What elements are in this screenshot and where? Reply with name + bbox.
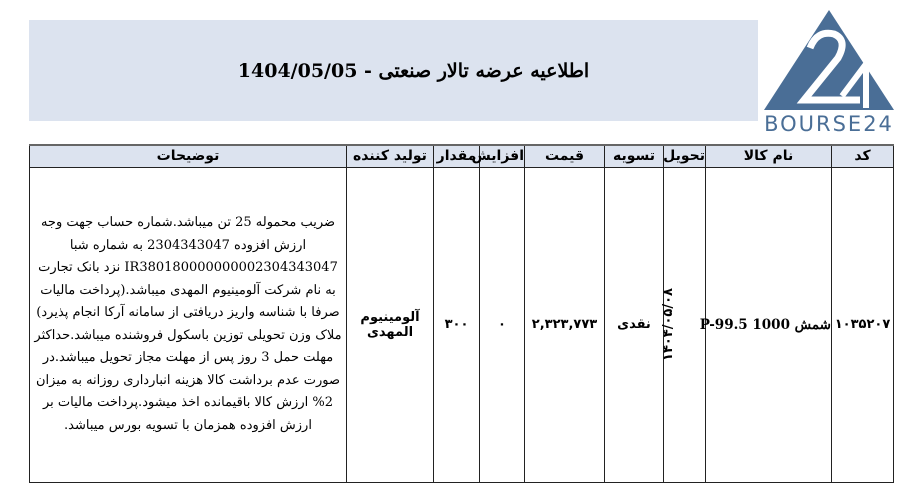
cell-product: شمش 1000 P-99.5 <box>706 167 832 482</box>
product-name: شمش 1000 P-99.5 <box>700 317 831 333</box>
logo-text: BOURSE24 <box>762 112 896 136</box>
offer-table: کد نام کالا تحویل تسویه قیمت افزایش مقدا… <box>29 144 894 483</box>
table-header-row: کد نام کالا تحویل تسویه قیمت افزایش مقدا… <box>30 145 894 167</box>
logo-triangle-icon <box>762 8 896 112</box>
cell-quantity: ۳۰۰ <box>434 167 480 482</box>
bourse24-logo: BOURSE24 <box>762 8 896 138</box>
column-header-settlement: تسویه <box>605 145 664 167</box>
cell-increase: ۰ <box>480 167 525 482</box>
cell-price: ۲,۳۲۳,۷۷۳ <box>525 167 605 482</box>
column-header-delivery: تحویل <box>664 145 706 167</box>
cell-code: ۱۰۳۵۲۰۷ <box>832 167 894 482</box>
title-banner: اطلاعیه عرضه تالار صنعتی - 1404/05/05 <box>29 20 758 121</box>
page-title: اطلاعیه عرضه تالار صنعتی - 1404/05/05 <box>238 60 589 82</box>
column-header-producer: تولید کننده <box>347 145 434 167</box>
column-header-description: توضیحات <box>30 145 347 167</box>
column-header-product: نام کالا <box>706 145 832 167</box>
delivery-date: ۱۴۰۴/۰۵/۰۸ <box>661 288 676 361</box>
column-header-quantity: مقدار <box>434 145 480 167</box>
column-header-price: قیمت <box>525 145 605 167</box>
cell-description: ضریب محموله 25 تن میباشد.شماره حساب جهت … <box>30 167 347 482</box>
cell-producer: آلومینیوم المهدی <box>347 167 434 482</box>
column-header-code: کد <box>832 145 894 167</box>
table-row: ۱۰۳۵۲۰۷ شمش 1000 P-99.5 ۱۴۰۴/۰۵/۰۸ نقدی … <box>30 167 894 482</box>
column-header-increase: افزایش <box>480 145 525 167</box>
